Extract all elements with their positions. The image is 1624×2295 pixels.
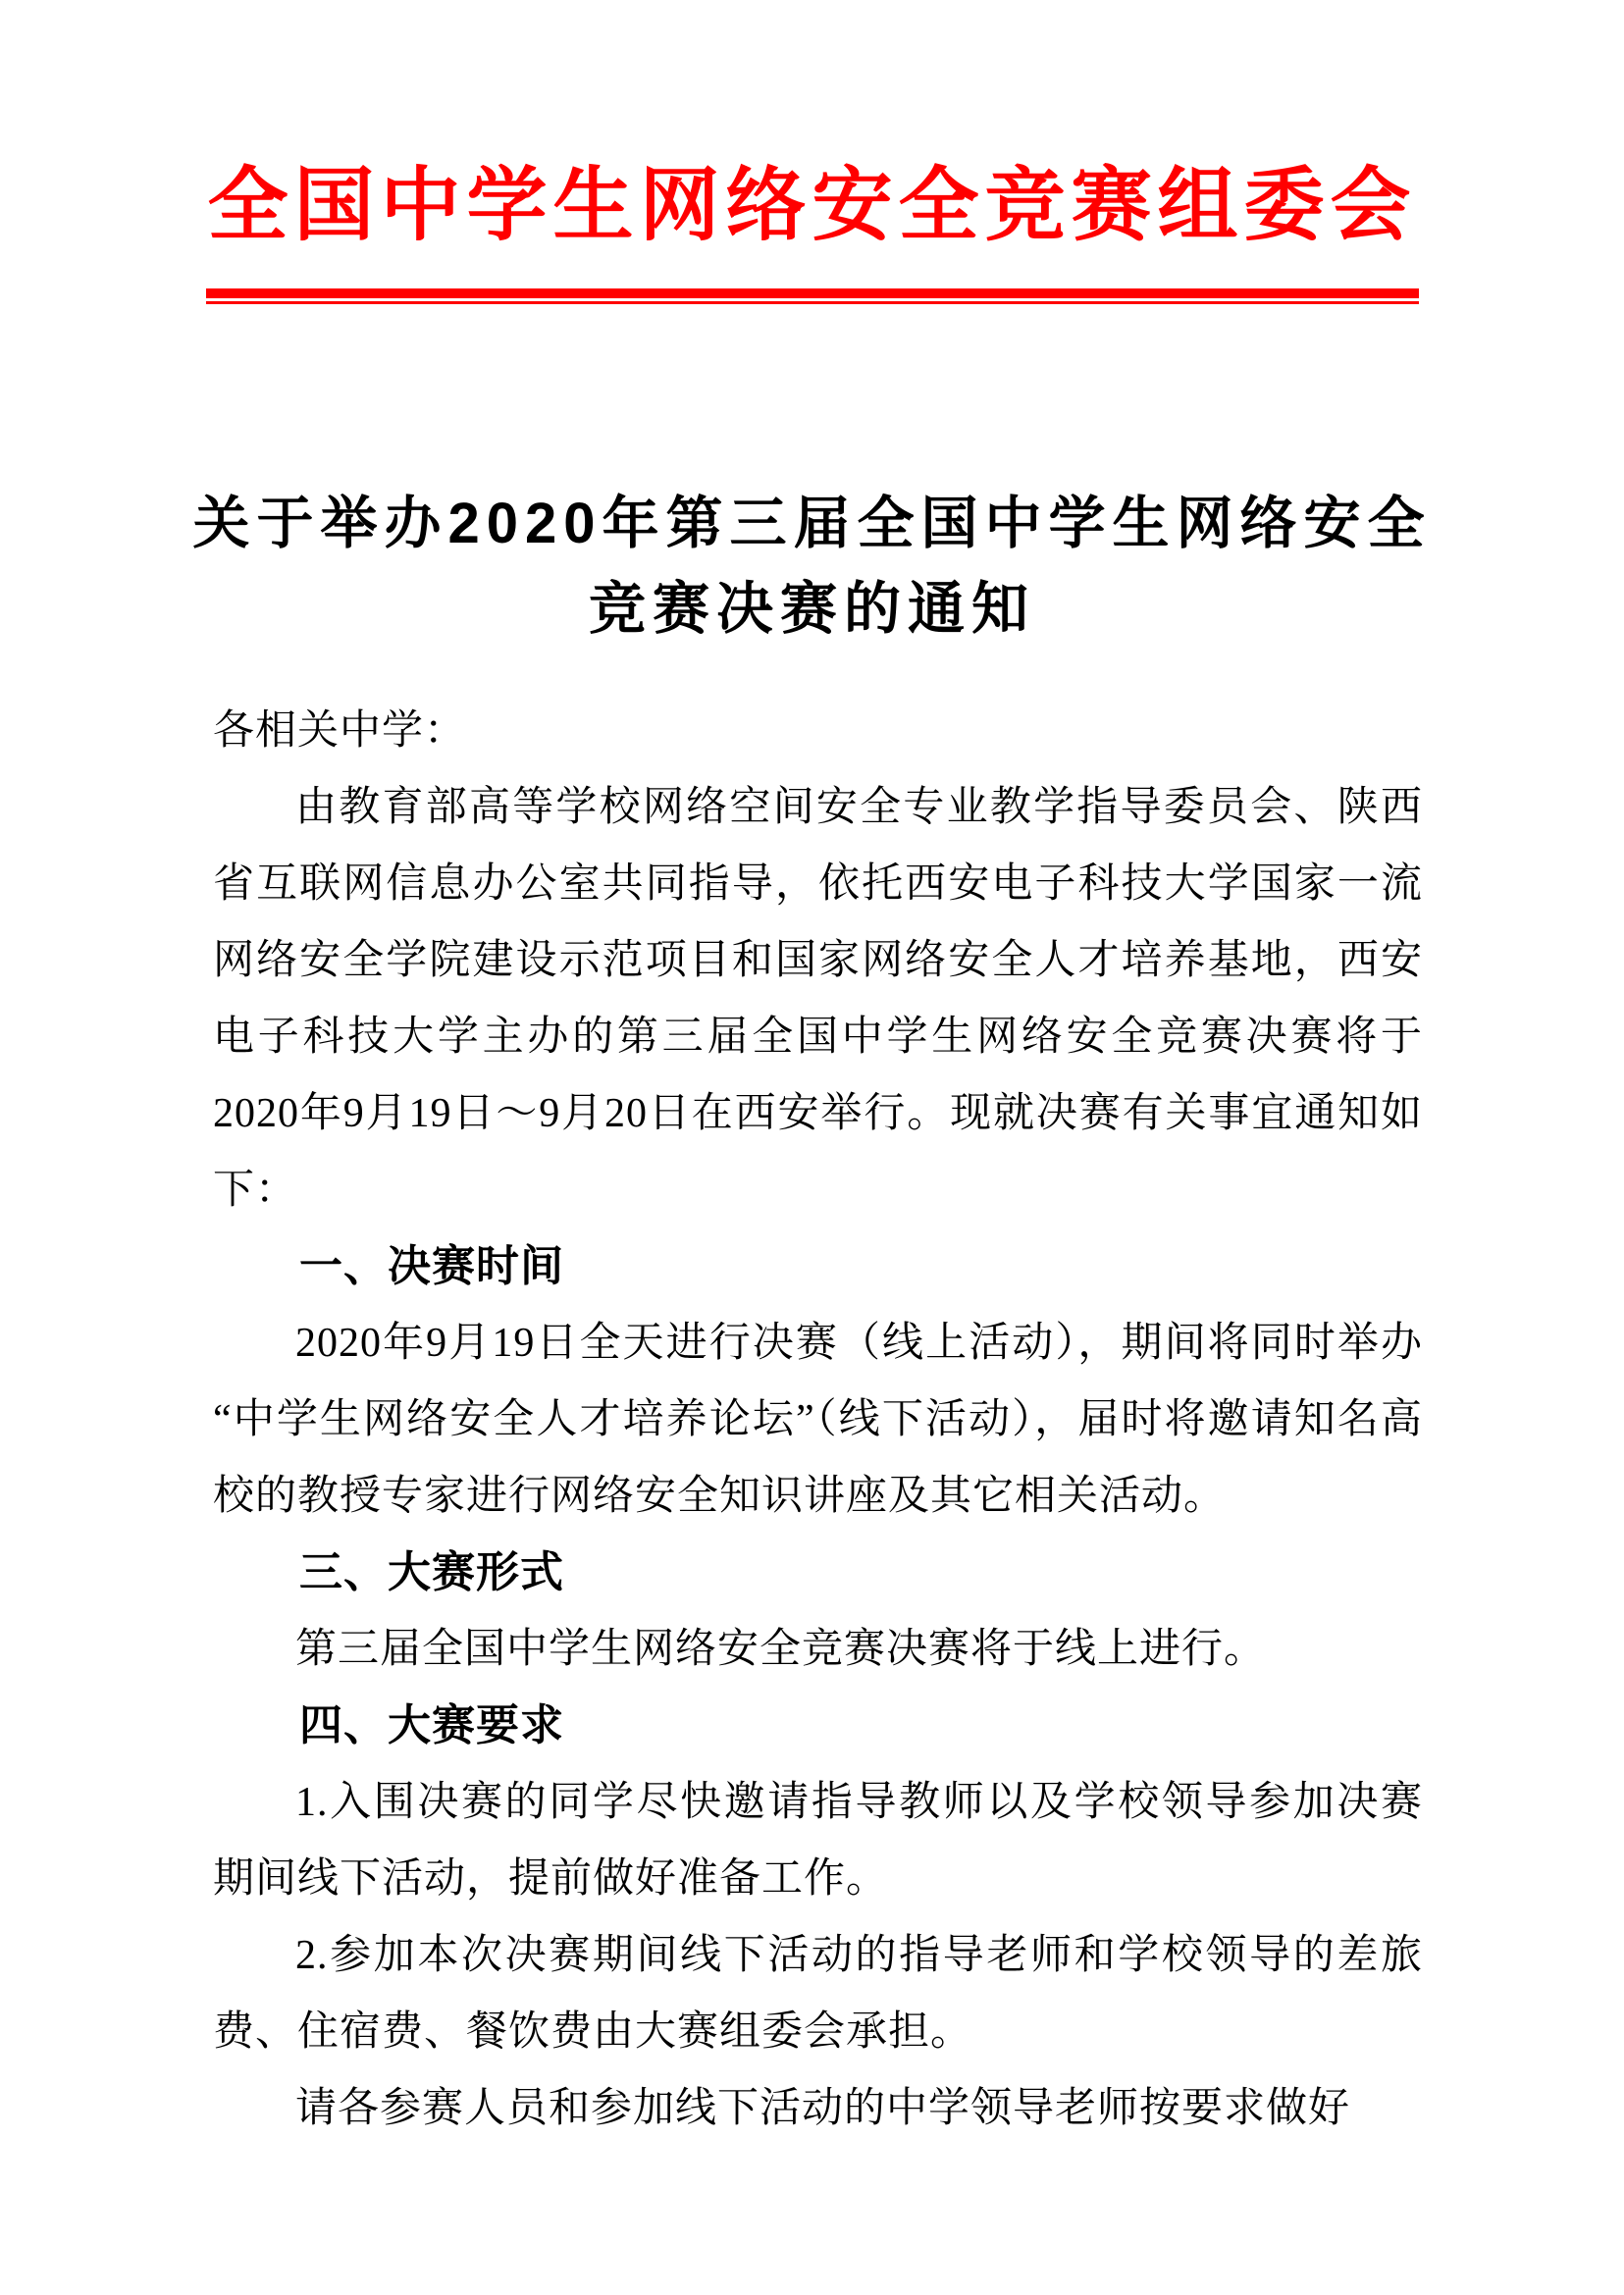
paragraph-format: 第三届全国中学生网络安全竞赛决赛将于线上进行。 — [213, 1611, 1423, 1688]
paragraph-time: 2020年9月19日全天进行决赛（线上活动），期间将同时举办“中学生网络安全人才… — [213, 1305, 1423, 1535]
red-double-rule — [206, 288, 1419, 304]
paragraph-intro: 由教育部高等学校网络空间安全专业教学指导委员会、陕西省互联网信息办公室共同指导，… — [213, 769, 1423, 1228]
red-rule-thick-bar — [206, 288, 1419, 298]
notice-page: 全国中学生网络安全竞赛组委会 关于举办2020年第三届全国中学生网络安全 竞赛决… — [0, 0, 1624, 2295]
paragraph-requirement-2: 2.参加本次决赛期间线下活动的指导老师和学校领导的差旅费、住宿费、餐饮费由大赛组… — [213, 1917, 1423, 2070]
red-rule-thin-bar — [206, 301, 1419, 304]
document-title-line1: 关于举办2020年第三届全国中学生网络安全 — [0, 481, 1624, 566]
document-body: 各相关中学： 由教育部高等学校网络空间安全专业教学指导委员会、陕西省互联网信息办… — [213, 693, 1423, 2147]
salutation: 各相关中学： — [213, 693, 1423, 769]
paragraph-requirement-1: 1.入围决赛的同学尽快邀请指导教师以及学校领导参加决赛期间线下活动，提前做好准备… — [213, 1764, 1423, 1917]
section-heading-requirements: 四、大赛要求 — [213, 1688, 1423, 1764]
section-heading-format: 三、大赛形式 — [213, 1535, 1423, 1611]
section-heading-time: 一、决赛时间 — [213, 1228, 1423, 1305]
paragraph-requirement-3: 请各参赛人员和参加线下活动的中学领导老师按要求做好 — [213, 2070, 1423, 2147]
document-title-line2: 竞赛决赛的通知 — [0, 566, 1624, 652]
organization-masthead: 全国中学生网络安全竞赛组委会 — [0, 163, 1624, 249]
document-title: 关于举办2020年第三届全国中学生网络安全 竞赛决赛的通知 — [0, 481, 1624, 652]
